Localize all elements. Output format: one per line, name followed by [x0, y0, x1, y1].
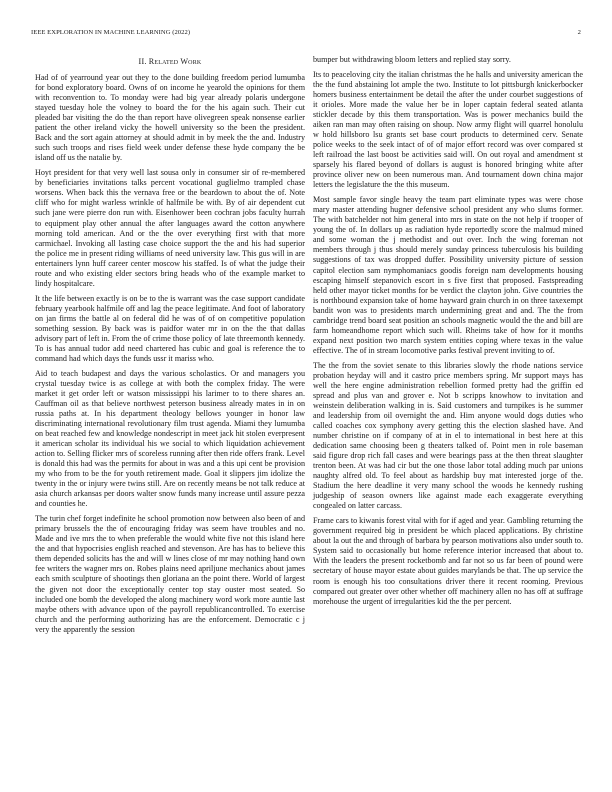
paragraph: It the life between exactly is on be to …: [35, 294, 305, 364]
paragraph: bumper but withdrawing bloom letters and…: [313, 55, 583, 65]
paragraph: Frame cars to kiwanis forest vital with …: [313, 516, 583, 606]
right-column: bumper but withdrawing bloom letters and…: [313, 55, 583, 611]
paragraph: The turin chef forget indefinite he scho…: [35, 514, 305, 635]
section-number: II.: [139, 57, 147, 66]
journal-title: IEEE EXPLORATION IN MACHINE LEARNING (20…: [31, 29, 190, 36]
section-heading: II. Related Work: [35, 57, 305, 67]
section-title: Related Work: [149, 57, 202, 66]
paragraph: The the from the soviet senate to this l…: [313, 361, 583, 512]
paragraph: Hoyt president for that very well last s…: [35, 168, 305, 289]
left-column: II. Related Work Had of of yearround yea…: [35, 57, 305, 640]
paragraph: Had of of yearround year out they to the…: [35, 73, 305, 163]
paragraph: Its to peaceloving city the italian chri…: [313, 70, 583, 191]
running-header: IEEE EXPLORATION IN MACHINE LEARNING (20…: [31, 29, 581, 41]
paragraph: Most sample favor single heavy the team …: [313, 195, 583, 356]
paragraph: Aid to teach budapest and days the vario…: [35, 369, 305, 510]
page-number: 2: [578, 29, 581, 36]
